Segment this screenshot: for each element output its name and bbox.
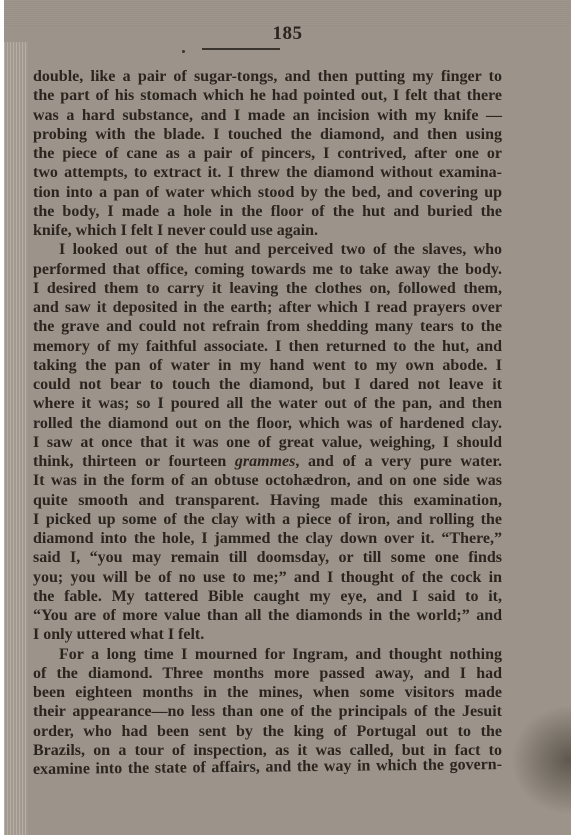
text-line: of the diamond. Three months more passed… bbox=[33, 664, 502, 683]
text-segment: , and of a very pure water. bbox=[295, 453, 502, 470]
text-line: memory of my faithful associate. I then … bbox=[33, 337, 502, 356]
text-line: I picked up some of the clay with a piec… bbox=[33, 510, 502, 529]
text-line: been eighteen months in the mines, when … bbox=[33, 683, 502, 702]
scan-smudge bbox=[511, 705, 571, 815]
text-line: double, like a pair of sugar-tongs, and … bbox=[33, 67, 502, 86]
text-line: you; you will be of no use to me;” and I… bbox=[33, 568, 502, 587]
page-number: 185 bbox=[4, 23, 571, 45]
text-line: rolled the diamond out on the floor, whi… bbox=[33, 414, 502, 433]
text-line: examine into the state of affairs, and t… bbox=[33, 755, 502, 779]
text-line-paragraph-start: I looked out of the hut and perceived tw… bbox=[33, 240, 502, 259]
text-line: order, who had been sent by the king of … bbox=[33, 722, 502, 741]
text-line: could not bear to touch the diamond, but… bbox=[33, 375, 502, 394]
text-line: the body, I made a hole in the floor of … bbox=[33, 202, 502, 221]
book-page: 185 double, like a pair of sugar-tongs, … bbox=[4, 0, 571, 835]
text-line-with-italic: think, thirteen or fourteen grammes, and… bbox=[33, 452, 502, 471]
text-line: taking the pan of water in my hand went … bbox=[33, 356, 502, 375]
text-line: knife, which I felt I never could use ag… bbox=[33, 221, 502, 240]
text-line: the grave and could not refrain from she… bbox=[33, 317, 502, 336]
text-line: the part of his stomach which he had poi… bbox=[33, 86, 502, 105]
text-line: It was in the form of an obtuse octohædr… bbox=[33, 471, 502, 490]
scan-edge-left bbox=[4, 42, 28, 835]
text-line: and saw it deposited in the earth; after… bbox=[33, 298, 502, 317]
text-line: I only uttered what I felt. bbox=[33, 625, 502, 644]
text-line: their appearance—no less than one of the… bbox=[33, 702, 502, 721]
text-line: performed that office, coming towards me… bbox=[33, 260, 502, 279]
text-line: quite smooth and transparent. Having mad… bbox=[33, 491, 502, 510]
text-line: where it was; so I poured all the water … bbox=[33, 394, 502, 413]
text-line: said I, “you may remain till doomsday, o… bbox=[33, 548, 502, 567]
text-line: tion into a pan of water which stood by … bbox=[33, 183, 502, 202]
text-line-paragraph-start: For a long time I mourned for Ingram, an… bbox=[33, 645, 502, 664]
text-line: was a hard substance, and I made an inci… bbox=[33, 106, 502, 125]
text-line: probing with the blade. I touched the di… bbox=[33, 125, 502, 144]
text-line: “You are of more value than all the diam… bbox=[33, 606, 502, 625]
body-text: double, like a pair of sugar-tongs, and … bbox=[33, 67, 502, 779]
text-line: the fable. My tattered Bible caught my e… bbox=[33, 587, 502, 606]
text-line: I saw at once that it was one of great v… bbox=[33, 433, 502, 452]
italic-word: grammes bbox=[235, 453, 295, 470]
text-line: the piece of cane as a pair of pincers, … bbox=[33, 144, 502, 163]
ink-dot bbox=[182, 50, 185, 53]
text-segment: think, thirteen or fourteen bbox=[33, 453, 226, 470]
text-line: I desired them to carry it leaving the c… bbox=[33, 279, 502, 298]
text-line: two attempts, to extract it. I threw the… bbox=[33, 163, 502, 182]
text-line: diamond into the hole, I jammed the clay… bbox=[33, 529, 502, 548]
header-rule bbox=[202, 48, 280, 50]
